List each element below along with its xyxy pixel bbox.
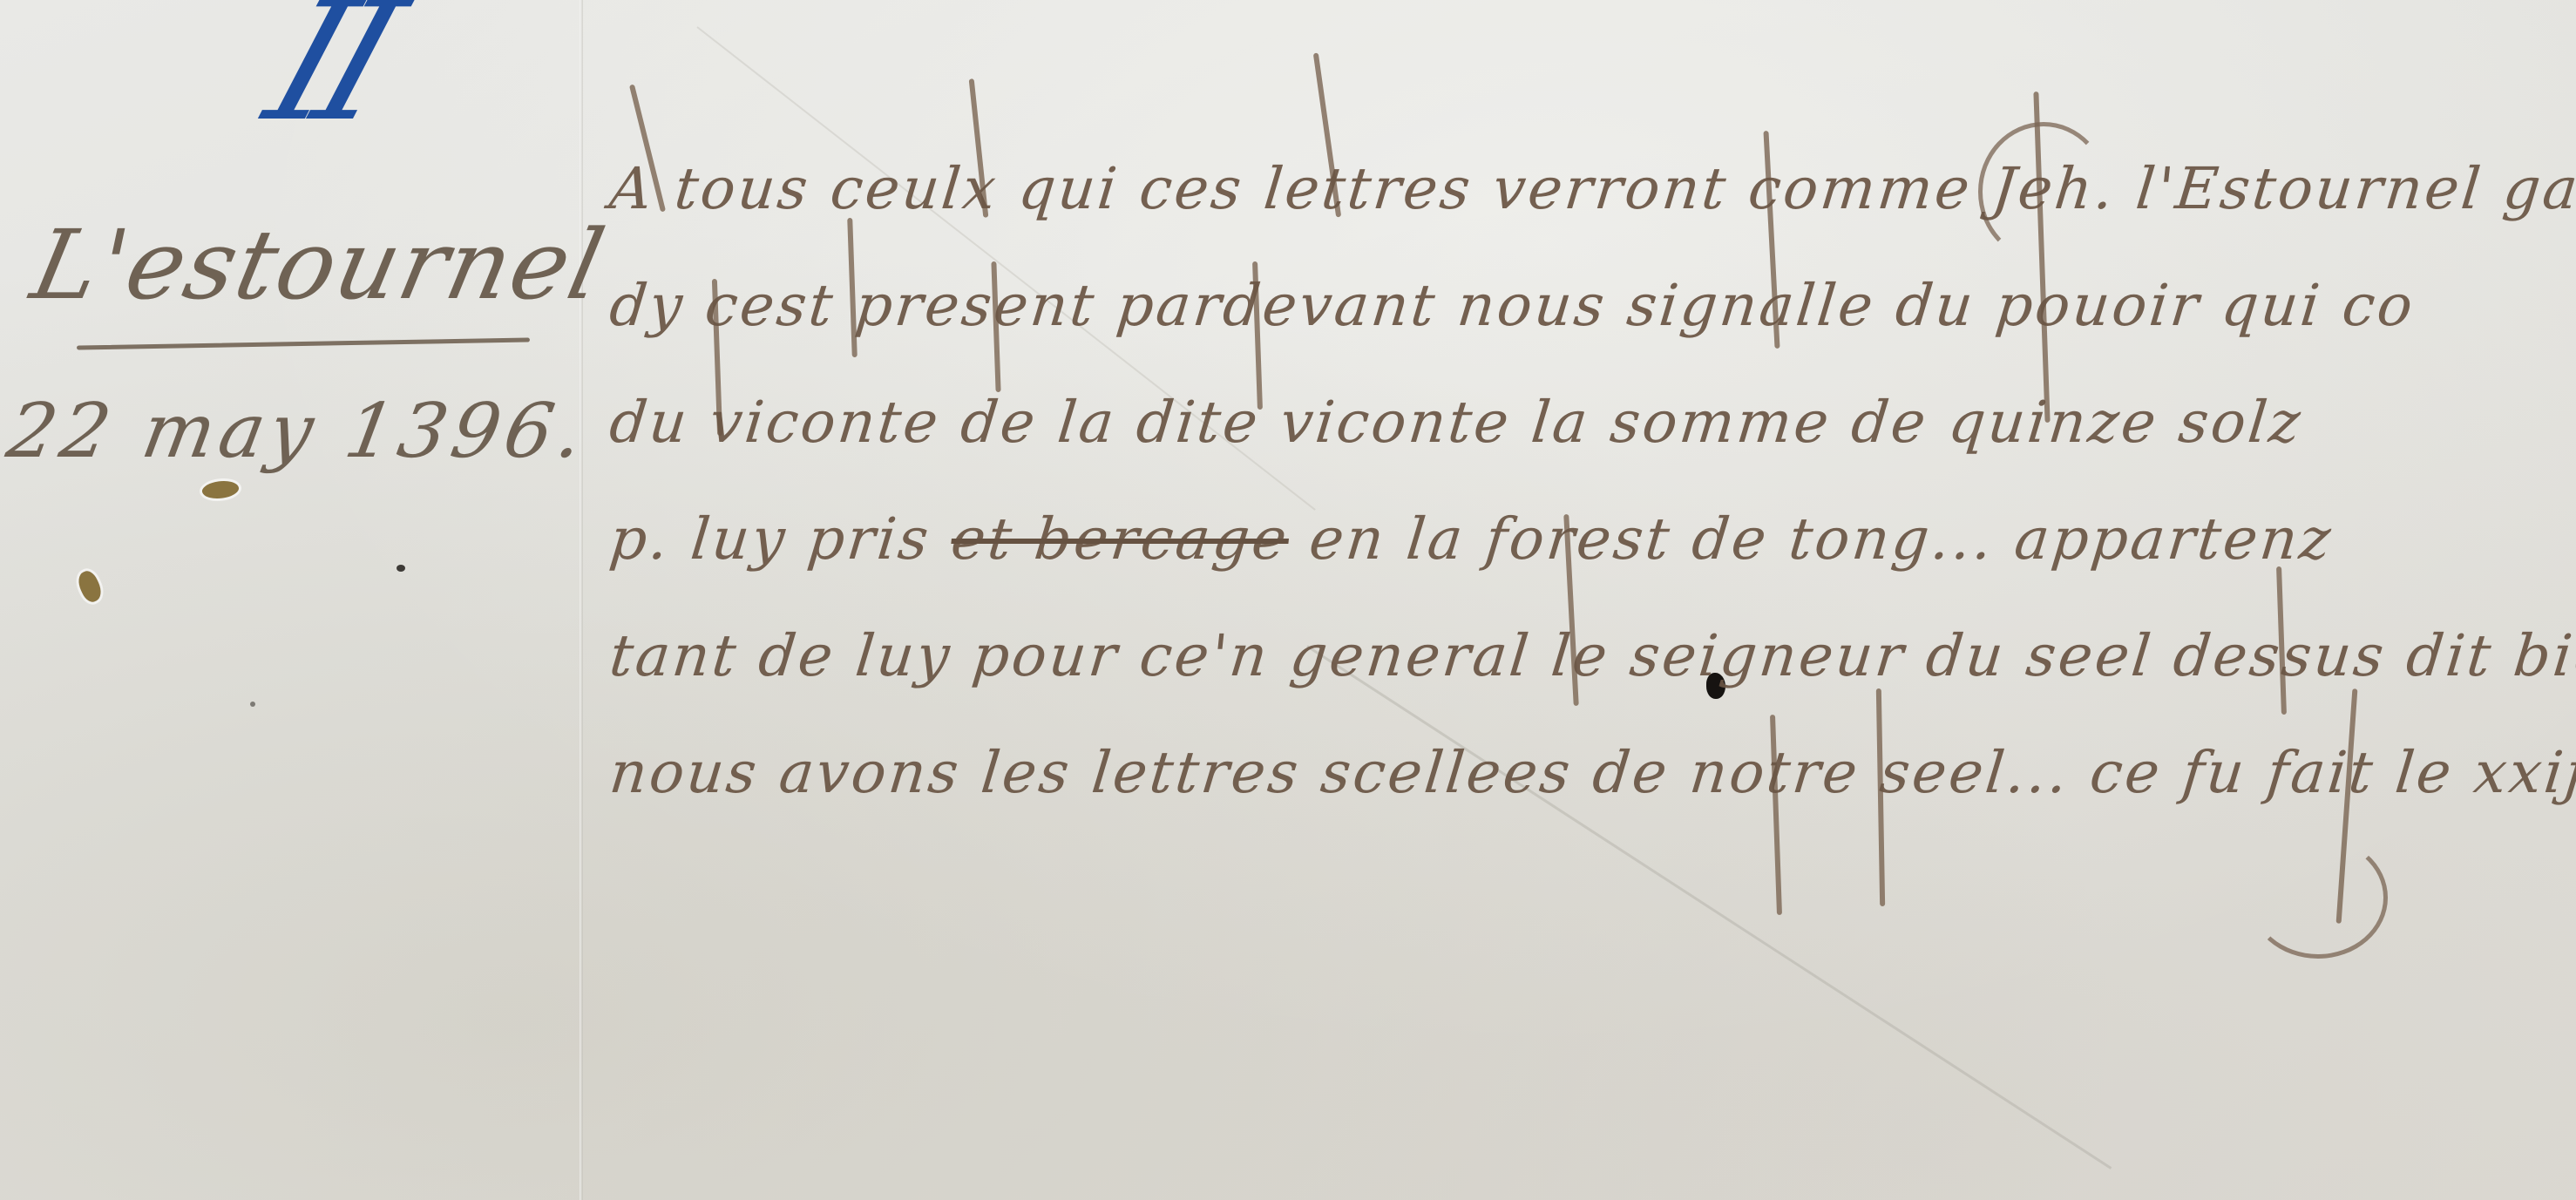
manuscript-page: II L'estournel 22 may 1396. A tous ceulx… [0,0,2576,1200]
margin-annotation-name: L'estournel [23,209,614,321]
struck-through-text: et bercage [948,505,1292,573]
charter-line-1: A tous ceulx qui ces lettres verront com… [604,131,2576,247]
charter-line-4: p. luy pris et bercage en la forest de t… [604,481,2576,598]
charter-line-6: nous avons les lettres scellees de notre… [604,715,2576,831]
archive-number: II [247,0,406,158]
charter-line-text: nous avons les lettres scellees de notre… [607,739,2576,806]
vertical-fold-crease [580,0,583,1200]
charter-line-3: du viconte de la dite viconte la somme d… [604,364,2576,481]
charter-body: A tous ceulx qui ces lettres verront com… [610,131,2576,831]
paper-damage-hole [74,568,105,605]
charter-line-text: p. luy pris [607,505,955,573]
paper-damage-hole [200,478,240,502]
charter-line-5: tant de luy pour ce'n general le seigneu… [604,598,2576,715]
decorative-flourish [2248,837,2388,959]
charter-line-text: du viconte de la dite viconte la somme d… [607,389,2306,456]
charter-line-text: A tous ceulx qui ces lettres verront com… [607,155,2576,222]
paper-speck [397,565,405,572]
charter-line-text: tant de luy pour ce'n general le seigneu… [607,622,2576,689]
charter-line-text: dy cest present pardevant nous signalle … [607,272,2418,339]
margin-annotation-underline [77,337,530,349]
paper-speck [250,702,255,707]
margin-annotation-date: 22 may 1396. [1,388,594,475]
charter-line-text: en la forest de tong... appartenz [1285,505,2336,573]
charter-line-2: dy cest present pardevant nous signalle … [604,247,2576,364]
